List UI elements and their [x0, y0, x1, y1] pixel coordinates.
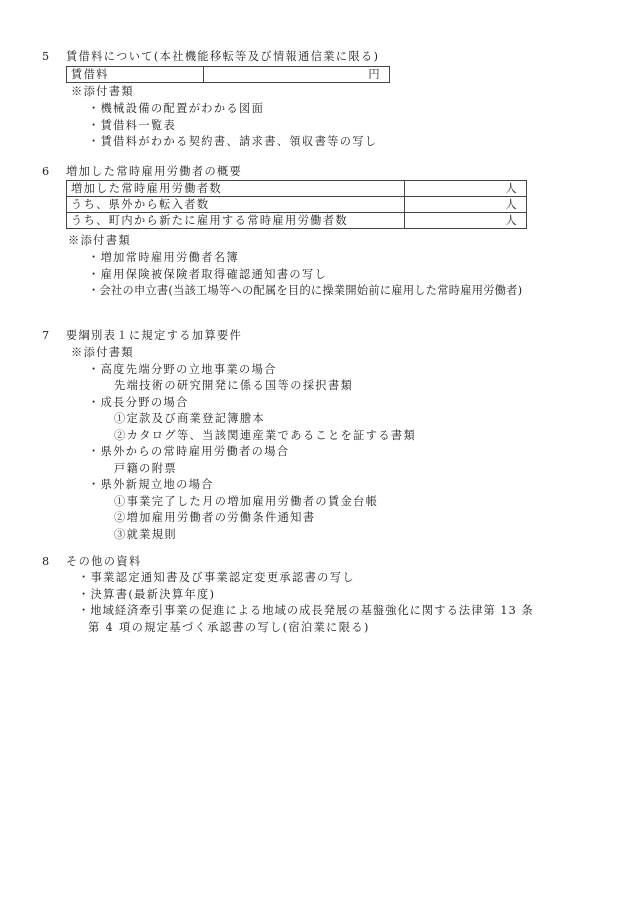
list-item: ・決算書(最新決算年度) [78, 587, 215, 603]
section-6-title: 増加した常時雇用労働者の概要 [66, 164, 242, 180]
list-item: ・賃借料がわかる契約書、請求書、領収書等の写し [88, 134, 378, 150]
section-5-title: 賃借料について(本社機能移転等及び情報通信業に限る) [66, 49, 379, 65]
list-item: ・地域経済牽引事業の促進による地域の成長発展の基盤強化に関する法律第 13 条 [78, 603, 534, 619]
rent-value-field[interactable]: 円 [204, 67, 390, 83]
row-value-field[interactable]: 人 [405, 213, 527, 229]
table-row: うち、町内から新たに雇用する常時雇用労働者数 人 [67, 213, 527, 229]
list-item: ・県外新規立地の場合 [88, 477, 214, 493]
list-item: ・雇用保険被保険者取得確認通知書の写し [88, 267, 327, 283]
list-item: ・会社の申立書(当該工場等への配属を目的に操業開始前に雇用した常時雇用労働者) [88, 283, 522, 299]
table-row: 増加した常時雇用労働者数 人 [67, 181, 527, 197]
list-item: ・増加常時雇用労働者名簿 [88, 250, 239, 266]
list-item: ・事業認定通知書及び事業認定変更承認書の写し [78, 570, 355, 586]
section-8-number: 8 [42, 554, 51, 570]
section-7-attach-heading: ※添付書類 [71, 345, 134, 361]
list-item: ・成長分野の場合 [88, 395, 189, 411]
list-item: ・機械設備の配置がわかる図面 [88, 101, 264, 117]
sub-item: ①定款及び商業登記簿謄本 [114, 411, 265, 427]
row-label: 増加した常時雇用労働者数 [67, 181, 405, 197]
list-item: ・賃借料一覧表 [88, 118, 176, 134]
section-5-number: 5 [42, 49, 51, 65]
list-item-continuation: 第 4 項の規定基づく承認書の写し(宿泊業に限る) [88, 620, 370, 636]
sub-item: ②カタログ等、当該関連産業であることを証する書類 [114, 428, 416, 444]
row-value-field[interactable]: 人 [405, 197, 527, 213]
list-item: ・県外からの常時雇用労働者の場合 [88, 444, 289, 460]
section-7-title: 要綱別表１に規定する加算要件 [66, 328, 242, 344]
section-5-attach-heading: ※添付書類 [71, 84, 134, 100]
sub-item: ②増加雇用労働者の労働条件通知書 [114, 510, 315, 526]
sub-item: ③就業規則 [114, 527, 177, 543]
employees-table: 増加した常時雇用労働者数 人 うち、県外から転入者数 人 うち、町内から新たに雇… [66, 180, 527, 229]
rent-table: 賃借料 円 [66, 66, 390, 83]
table-row: 賃借料 円 [67, 67, 390, 83]
section-6-attach-heading: ※添付書類 [68, 233, 131, 249]
section-8-title: その他の資料 [66, 554, 142, 570]
row-value-field[interactable]: 人 [405, 181, 527, 197]
section-7-number: 7 [42, 328, 51, 344]
table-row: うち、県外から転入者数 人 [67, 197, 527, 213]
section-6-number: 6 [42, 164, 51, 180]
sub-item: 戸籍の附票 [114, 461, 177, 477]
row-label: うち、町内から新たに雇用する常時雇用労働者数 [67, 213, 405, 229]
row-label: うち、県外から転入者数 [67, 197, 405, 213]
list-item: ・高度先端分野の立地事業の場合 [88, 362, 277, 378]
sub-item: ①事業完了した月の増加雇用労働者の賃金台帳 [114, 494, 378, 510]
rent-label: 賃借料 [67, 67, 204, 83]
sub-item: 先端技術の研究開発に係る国等の採択書類 [114, 378, 353, 394]
